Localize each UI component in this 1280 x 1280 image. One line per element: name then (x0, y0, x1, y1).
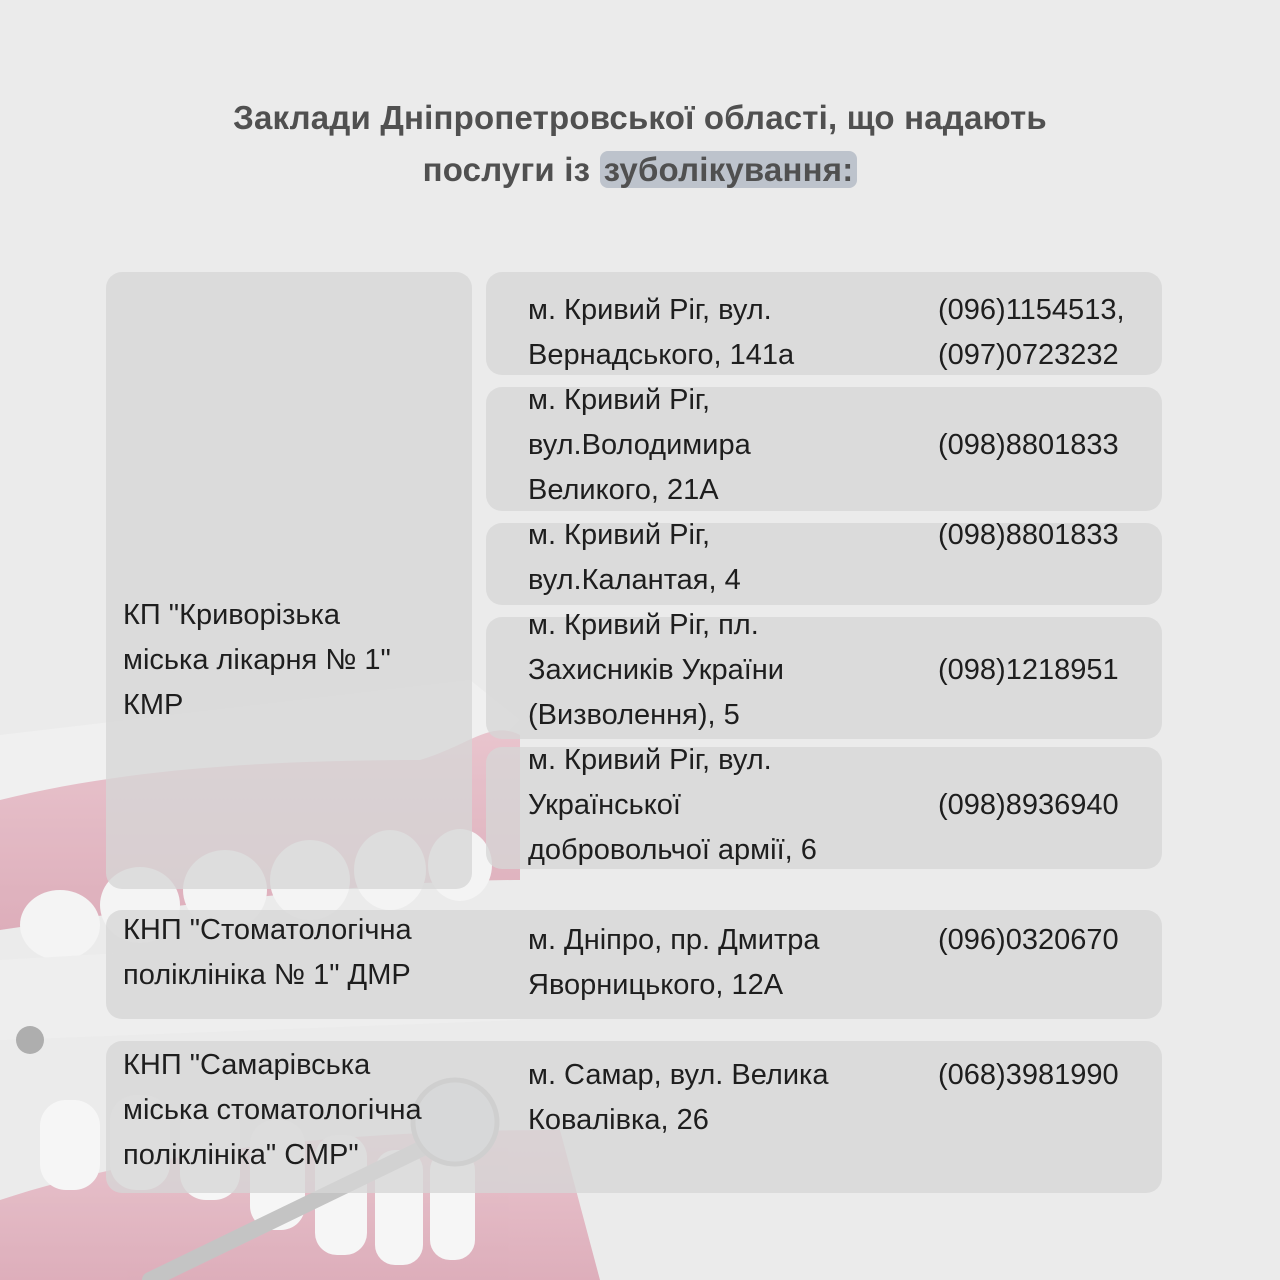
location-address: м. Кривий Ріг, вул. Вернадського, 141а (528, 288, 928, 378)
location-phone: (098)8936940 (938, 783, 1168, 828)
location-address: м. Самар, вул. Велика Ковалівка, 26 (528, 1053, 928, 1143)
institution-name: КНП "Стоматологічна поліклініка № 1" ДМР (123, 908, 503, 998)
location-phone: (096)1154513, (097)0723232 (938, 288, 1168, 378)
page-title: Заклади Дніпропетровської області, що на… (0, 92, 1280, 196)
location-phone: (098)1218951 (938, 648, 1168, 693)
location-phone: (096)0320670 (938, 918, 1168, 963)
institution-name: КНП "Самарівська міська стоматологічна п… (123, 1043, 513, 1178)
location-address: м. Кривий Ріг, вул.Калантая, 4 (528, 513, 928, 603)
location-address: м. Кривий Ріг, пл. Захисників України (В… (528, 603, 928, 738)
title-line-2: послуги із зуболікування: (0, 144, 1280, 196)
location-phone: (098)8801833 (938, 423, 1168, 468)
title-line-1: Заклади Дніпропетровської області, що на… (0, 92, 1280, 144)
location-address: м. Кривий Ріг, вул. Української добровол… (528, 738, 928, 873)
location-phone: (068)3981990 (938, 1053, 1168, 1098)
title-highlight: зуболікування: (600, 151, 858, 188)
title-prefix: послуги із (423, 151, 600, 188)
location-address: м. Кривий Ріг, вул.Володимира Великого, … (528, 378, 928, 513)
location-phone: (098)8801833 (938, 513, 1168, 558)
institution-card (106, 272, 472, 889)
institution-name: КП "Криворізька міська лікарня № 1" КМР (123, 593, 463, 728)
location-address: м. Дніпро, пр. Дмитра Яворницького, 12А (528, 918, 928, 1008)
